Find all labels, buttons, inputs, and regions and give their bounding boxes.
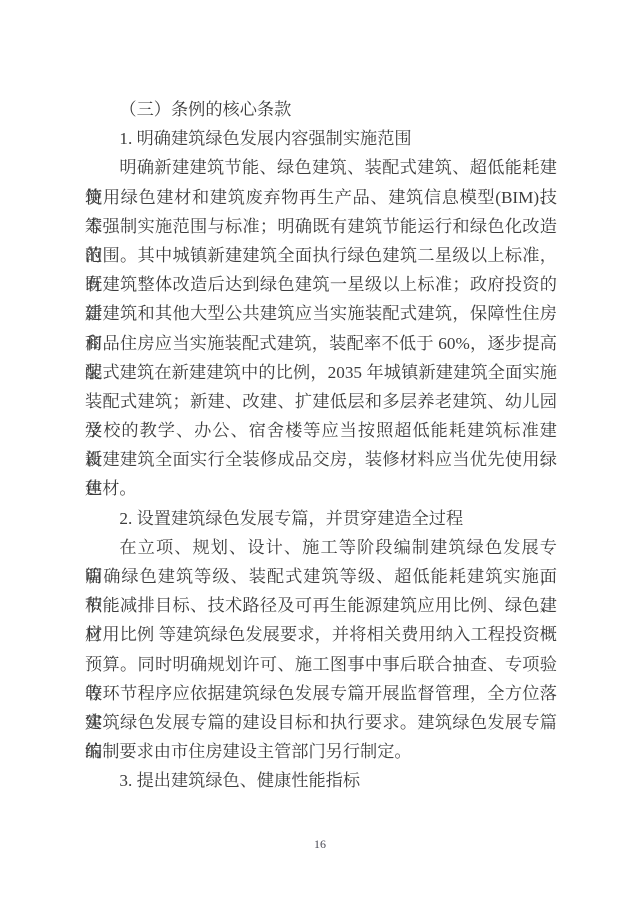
text-line: 在立项、规划、设计、施工等阶段编制建筑绿色发展专篇， xyxy=(85,533,557,562)
text-line: 新建建筑全面实行全装修成品交房，装修材料应当优先使用绿色 xyxy=(85,445,557,474)
text-line: 应用比例 等建筑绿色发展要求，并将相关费用纳入工程投资概 xyxy=(85,620,557,649)
text-line: 等强制实施范围与标准；明确既有建筑节能运行和绿色化改造的 xyxy=(85,212,557,241)
text-line: 建建筑和其他大型公共建筑应当实施装配式建筑，保障性住房和 xyxy=(85,299,557,328)
text-line: 建材。 xyxy=(85,474,557,503)
text-line: 装配式建筑；新建、改建、扩建低层和多层养老建筑、幼儿园及 xyxy=(85,387,557,416)
page-number: 16 xyxy=(0,836,640,852)
text-line: 建筑绿色发展专篇的建设目标和执行要求。建筑绿色发展专篇的 xyxy=(85,708,557,737)
text-line: 有建筑整体改造后达到绿色建筑一星级以上标准；政府投资的新 xyxy=(85,270,557,299)
text-line: 使用绿色建材和建筑废弃物再生产品、建筑信息模型(BIM)技术 xyxy=(85,183,557,212)
text-line: 2. 设置建筑绿色发展专篇，并贯穿建造全过程 xyxy=(85,504,557,533)
text-line: 3. 提出建筑绿色、健康性能指标 xyxy=(85,766,557,795)
text-line: 明确新建建筑节能、绿色建筑、装配式建筑、超低能耗建筑、 xyxy=(85,153,557,182)
text-line: 节能减排目标、技术路径及可再生能源建筑应用比例、绿色建材 xyxy=(85,591,557,620)
text-line: 学校的教学、办公、宿舍楼等应当按照超低能耗建筑标准建设； xyxy=(85,416,557,445)
document-body: （三）条例的核心条款1. 明确建筑绿色发展内容强制实施范围明确新建建筑节能、绿色… xyxy=(85,95,557,796)
text-line: 明确绿色建筑等级、装配式建筑等级、超低能耗建筑实施面积、 xyxy=(85,562,557,591)
text-line: 编制要求由市住房建设主管部门另行制定。 xyxy=(85,737,557,766)
text-line: 等环节程序应依据建筑绿色发展专篇开展监督管理，全方位落实 xyxy=(85,679,557,708)
text-line: 商品住房应当实施装配式建筑，装配率不低于 60%，逐步提高装 xyxy=(85,329,557,358)
text-line: 范围。其中城镇新建建筑全面执行绿色建筑二星级以上标准，既 xyxy=(85,241,557,270)
text-line: 1. 明确建筑绿色发展内容强制实施范围 xyxy=(85,124,557,153)
text-line: 预算。同时明确规划许可、施工图事中事后联合抽查、专项验收 xyxy=(85,650,557,679)
text-line: （三）条例的核心条款 xyxy=(85,95,557,124)
text-line: 配式建筑在新建建筑中的比例，2035 年城镇新建建筑全面实施 xyxy=(85,358,557,387)
document-page: （三）条例的核心条款1. 明确建筑绿色发展内容强制实施范围明确新建建筑节能、绿色… xyxy=(0,0,640,904)
